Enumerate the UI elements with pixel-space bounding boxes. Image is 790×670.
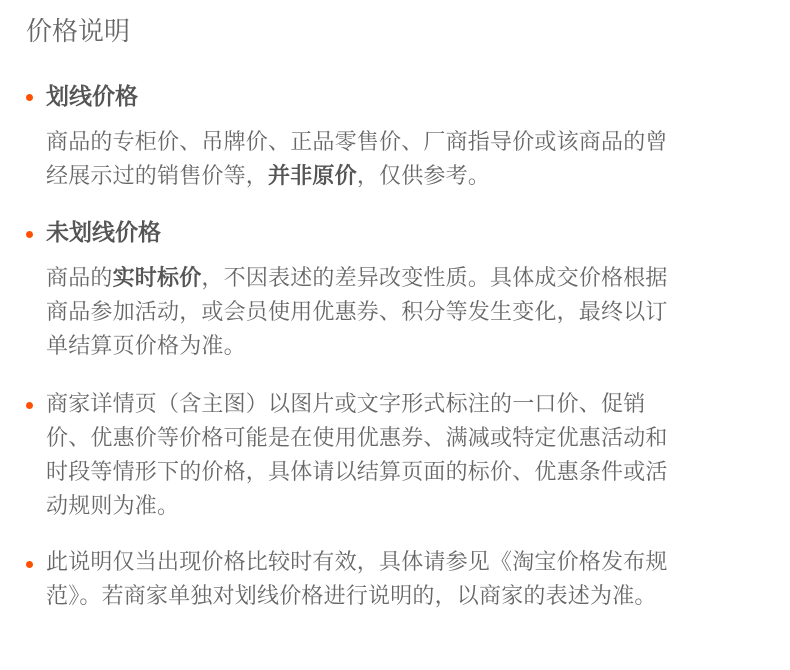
section-heading-strikethrough-price: 划线价格 xyxy=(46,80,138,114)
section-text-validity-note: 此说明仅当出现价格比较时有效，具体请参见《淘宝价格发布规 范》。若商家单独对划线… xyxy=(46,546,766,614)
text-line: 价、优惠价等价格可能是在使用优惠券、满减或特定优惠活动和 xyxy=(46,422,766,456)
text-line: 商品的专柜价、吊牌价、正品零售价、厂商指导价或该商品的曾 xyxy=(46,126,766,160)
text-line: 经展示过的销售价等，并非原价，仅供参考。 xyxy=(46,160,766,194)
text-line: 商家详情页（含主图）以图片或文字形式标注的一口价、促销 xyxy=(46,388,766,422)
bullet-dot-icon xyxy=(26,231,33,238)
bullet-dot-icon xyxy=(26,561,33,568)
text-line: 商品参加活动，或会员使用优惠券、积分等发生变化，最终以订 xyxy=(46,296,766,330)
text-line: 单结算页价格为准。 xyxy=(46,330,766,364)
section-text-strikethrough-price: 商品的专柜价、吊牌价、正品零售价、厂商指导价或该商品的曾 经展示过的销售价等，并… xyxy=(46,126,766,194)
section-heading-non-strikethrough-price: 未划线价格 xyxy=(46,216,161,250)
bullet-dot-icon xyxy=(26,402,33,409)
section-text-merchant-detail: 商家详情页（含主图）以图片或文字形式标注的一口价、促销 价、优惠价等价格可能是在… xyxy=(46,388,766,524)
text-line: 此说明仅当出现价格比较时有效，具体请参见《淘宝价格发布规 xyxy=(46,546,766,580)
text-line: 时段等情形下的价格，具体请以结算页面的标价、优惠条件或活 xyxy=(46,456,766,490)
emphasis-not-original-price: 并非原价 xyxy=(268,164,357,189)
text-line: 商品的实时标价，不因表述的差异改变性质。具体成交价格根据 xyxy=(46,262,766,296)
text-line: 动规则为准。 xyxy=(46,490,766,524)
section-text-non-strikethrough-price: 商品的实时标价，不因表述的差异改变性质。具体成交价格根据 商品参加活动，或会员使… xyxy=(46,262,766,364)
page-title: 价格说明 xyxy=(26,12,130,52)
bullet-dot-icon xyxy=(26,94,33,101)
emphasis-realtime-price: 实时标价 xyxy=(113,266,202,291)
text-line: 范》。若商家单独对划线价格进行说明的，以商家的表述为准。 xyxy=(46,580,766,614)
